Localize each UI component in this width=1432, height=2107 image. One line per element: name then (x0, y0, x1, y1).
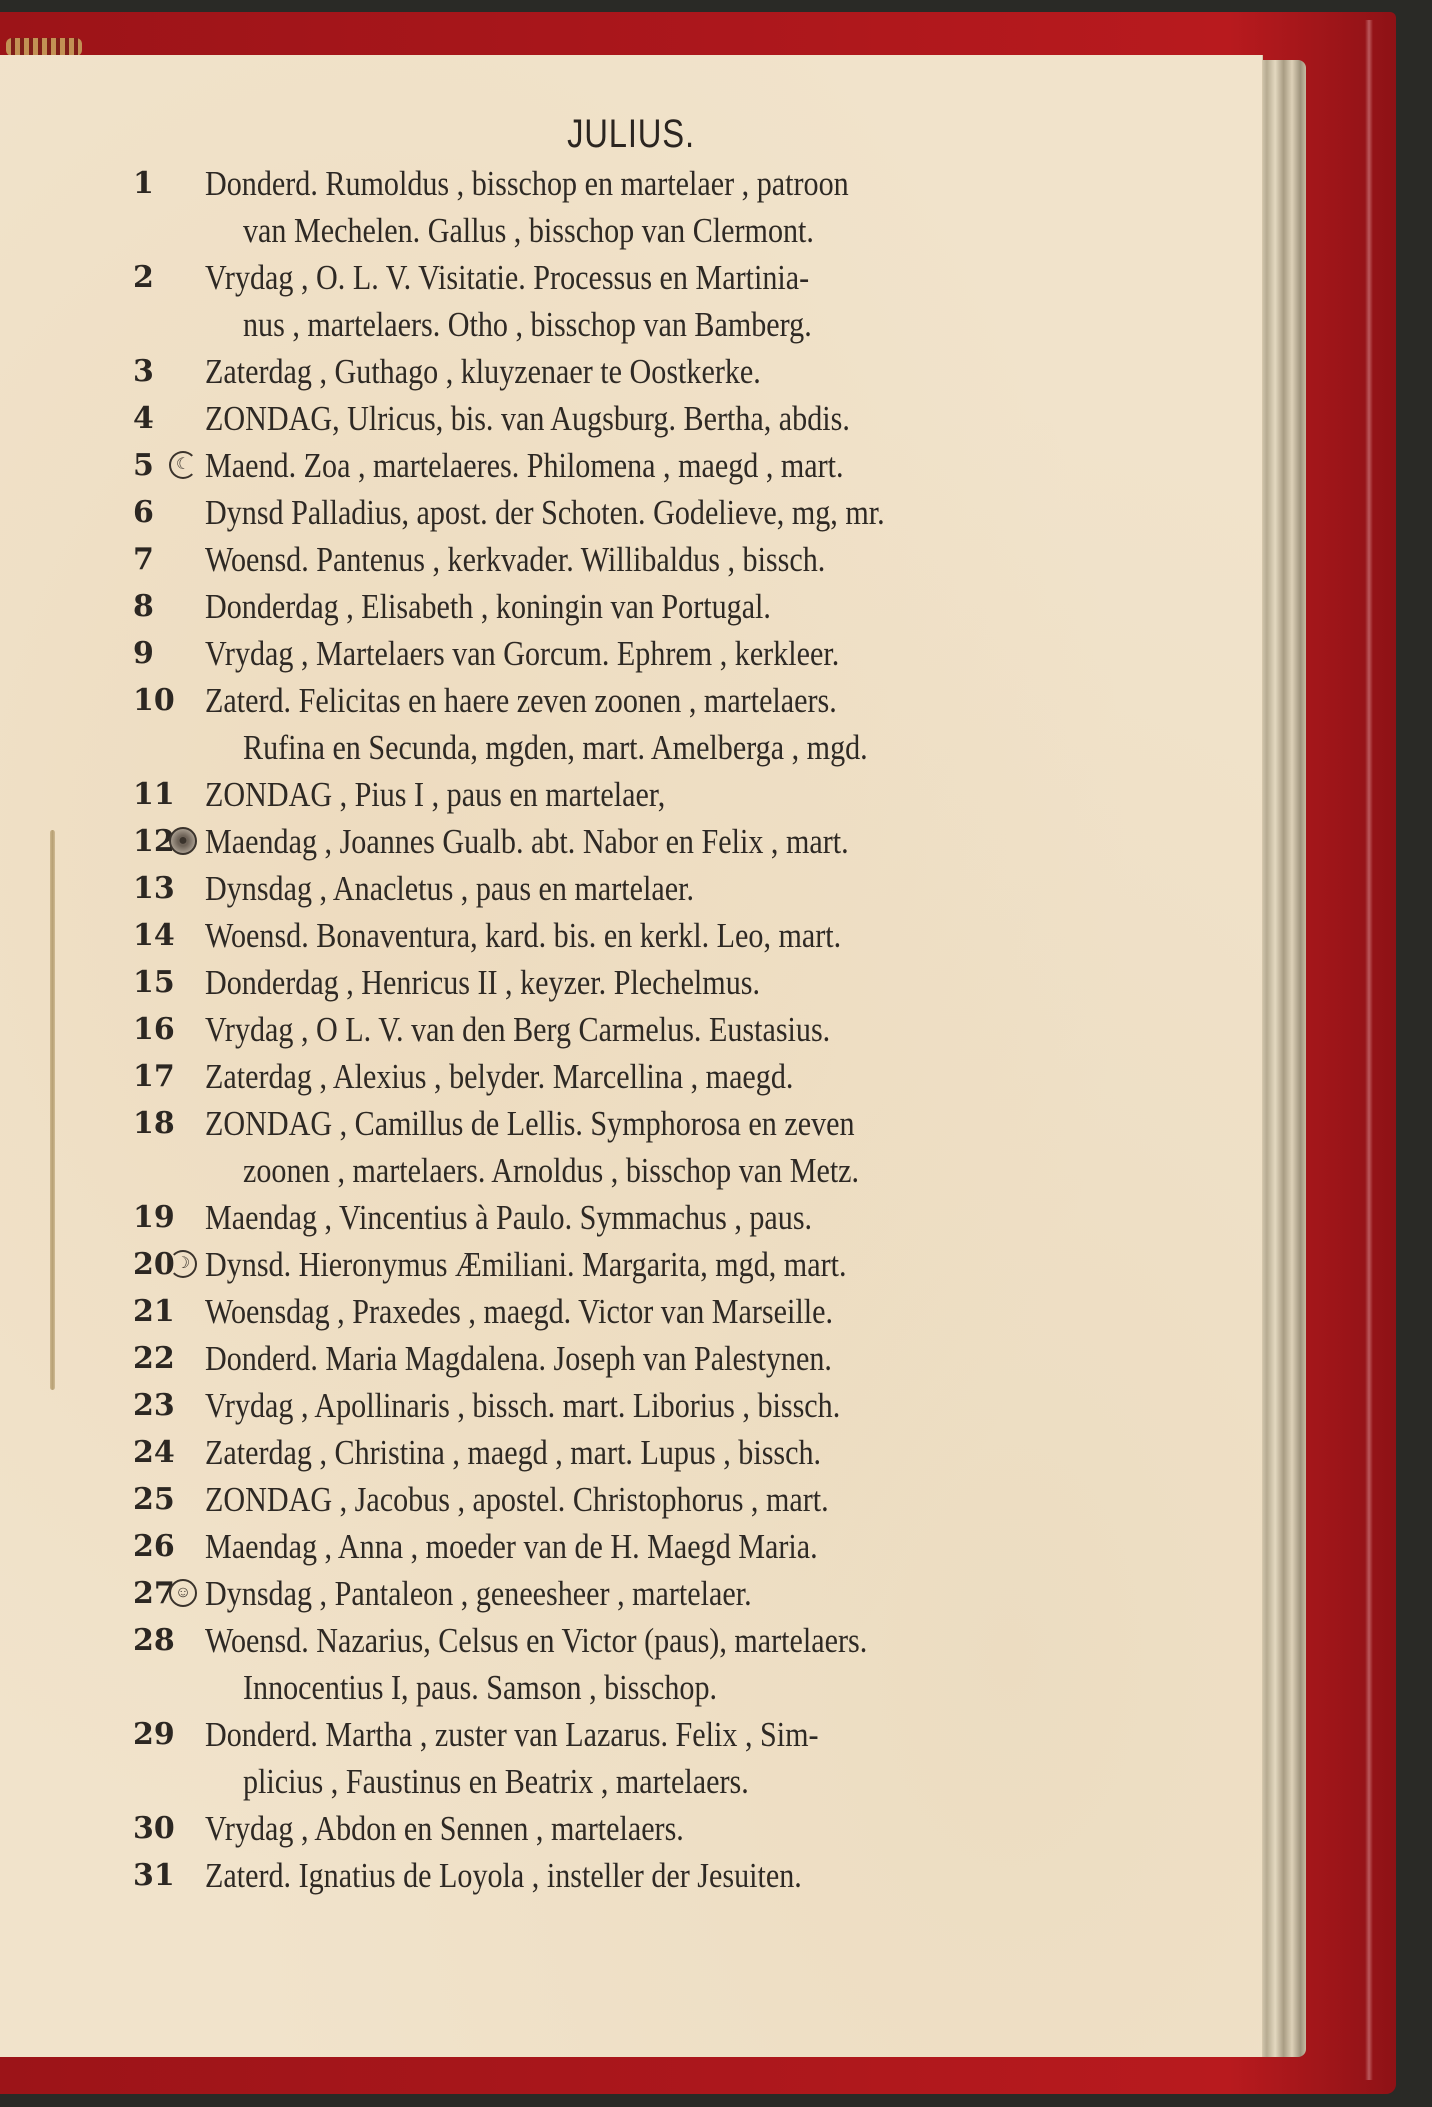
entry-line: 23Vrydag , Apollinaris , bissch. mart. L… (133, 1382, 1113, 1429)
calendar-entry: 5☾Maend. Zoa , martelaeres. Philomena , … (133, 442, 1113, 489)
entry-continuation-line: Rufina en Secunda, mgden, mart. Amelberg… (133, 724, 1113, 771)
entry-text: Zaterdag , Guthago , kluyzenaer te Oostk… (205, 348, 761, 395)
day-number: 25 (133, 1476, 175, 1523)
day-number: 1 (133, 160, 175, 207)
calendar-entry: 18ZONDAG , Camillus de Lellis. Symphoros… (133, 1100, 1113, 1194)
calendar-entry: 7Woensd. Pantenus , kerkvader. Willibald… (133, 536, 1113, 583)
last-quarter-icon: ☾ (169, 451, 197, 479)
day-number: 19 (133, 1194, 175, 1241)
entry-continuation-line: zoonen , martelaers. Arnoldus , bisschop… (133, 1147, 1113, 1194)
day-number: 21 (133, 1288, 175, 1335)
entry-line: 29Donderd. Martha , zuster van Lazarus. … (133, 1711, 1113, 1758)
calendar-entry: 10Zaterd. Felicitas en haere zeven zoone… (133, 677, 1113, 771)
calendar-entry: 13Dynsdag , Anacletus , paus en martelae… (133, 865, 1113, 912)
calendar-entry: 17Zaterdag , Alexius , belyder. Marcelli… (133, 1053, 1113, 1100)
entry-line: 20☽Dynsd. Hieronymus Æmiliani. Margarita… (133, 1241, 1113, 1288)
entry-text: van Mechelen. Gallus , bisschop van Cler… (243, 207, 814, 254)
day-number: 10 (133, 677, 175, 724)
entry-line: 10Zaterd. Felicitas en haere zeven zoone… (133, 677, 1113, 724)
calendar-entry: 11ZONDAG , Pius I , paus en martelaer, (133, 771, 1113, 818)
entry-text: Dynsdag , Anacletus , paus en martelaer. (205, 865, 694, 912)
calendar-entry: 23Vrydag , Apollinaris , bissch. mart. L… (133, 1382, 1113, 1429)
calendar-entry: 26Maendag , Anna , moeder van de H. Maeg… (133, 1523, 1113, 1570)
day-number: 15 (133, 959, 175, 1006)
day-number: 24 (133, 1429, 175, 1476)
entry-text: zoonen , martelaers. Arnoldus , bisschop… (243, 1147, 859, 1194)
entry-text: Rufina en Secunda, mgden, mart. Amelberg… (243, 724, 868, 771)
calendar-entry: 24Zaterdag , Christina , maegd , mart. L… (133, 1429, 1113, 1476)
entry-line: 31Zaterd. Ignatius de Loyola , insteller… (133, 1852, 1113, 1899)
calendar-entry: 15Donderdag , Henricus II , keyzer. Plec… (133, 959, 1113, 1006)
entry-text: Woensd. Bonaventura, kard. bis. en kerkl… (205, 912, 841, 959)
calendar-entry: 28Woensd. Nazarius, Celsus en Victor (pa… (133, 1617, 1113, 1711)
calendar-entry: 6Dynsd Palladius, apost. der Schoten. Go… (133, 489, 1113, 536)
entry-line: 2Vrydag , O. L. V. Visitatie. Processus … (133, 254, 1113, 301)
entry-text: Vrydag , Martelaers van Gorcum. Ephrem ,… (205, 630, 839, 677)
entry-text: plicius , Faustinus en Beatrix , martela… (243, 1758, 749, 1805)
entry-line: 17Zaterdag , Alexius , belyder. Marcelli… (133, 1053, 1113, 1100)
entry-text: ZONDAG , Pius I , paus en martelaer, (205, 771, 665, 818)
day-number: 14 (133, 912, 175, 959)
entry-continuation-line: nus , martelaers. Otho , bisschop van Ba… (133, 301, 1113, 348)
calendar-entry: 8Donderdag , Elisabeth , koningin van Po… (133, 583, 1113, 630)
day-number: 28 (133, 1617, 175, 1664)
entry-text: Donderd. Maria Magdalena. Joseph van Pal… (205, 1335, 832, 1382)
entry-text: Donderd. Rumoldus , bisschop en martelae… (205, 160, 849, 207)
entry-line: 3Zaterdag , Guthago , kluyzenaer te Oost… (133, 348, 1113, 395)
calendar-entries: 1Donderd. Rumoldus , bisschop en martela… (133, 160, 1113, 1899)
calendar-entry: 14Woensd. Bonaventura, kard. bis. en ker… (133, 912, 1113, 959)
entry-line: 7Woensd. Pantenus , kerkvader. Willibald… (133, 536, 1113, 583)
entry-line: 28Woensd. Nazarius, Celsus en Victor (pa… (133, 1617, 1113, 1664)
entry-line: 25ZONDAG , Jacobus , apostel. Christopho… (133, 1476, 1113, 1523)
calendar-entry: 9Vrydag , Martelaers van Gorcum. Ephrem … (133, 630, 1113, 677)
entry-text: Maendag , Anna , moeder van de H. Maegd … (205, 1523, 818, 1570)
calendar-entry: 1Donderd. Rumoldus , bisschop en martela… (133, 160, 1113, 254)
entry-line: 6Dynsd Palladius, apost. der Schoten. Go… (133, 489, 1113, 536)
day-number: 9 (133, 630, 175, 677)
gutter-crease (50, 830, 55, 1390)
entry-text: Vrydag , O. L. V. Visitatie. Processus e… (205, 254, 809, 301)
day-number: 16 (133, 1006, 175, 1053)
calendar-entry: 19Maendag , Vincentius à Paulo. Symmachu… (133, 1194, 1113, 1241)
entry-text: ZONDAG , Jacobus , apostel. Christophoru… (205, 1476, 829, 1523)
day-number: 22 (133, 1335, 175, 1382)
day-number: 17 (133, 1053, 175, 1100)
day-number: 13 (133, 865, 175, 912)
day-number: 2 (133, 254, 175, 301)
calendar-entry: 29Donderd. Martha , zuster van Lazarus. … (133, 1711, 1113, 1805)
entry-line: 4ZONDAG, Ulricus, bis. van Augsburg. Ber… (133, 395, 1113, 442)
entry-line: 13Dynsdag , Anacletus , paus en martelae… (133, 865, 1113, 912)
entry-line: 14Woensd. Bonaventura, kard. bis. en ker… (133, 912, 1113, 959)
entry-line: 22Donderd. Maria Magdalena. Joseph van P… (133, 1335, 1113, 1382)
day-number: 8 (133, 583, 175, 630)
day-number: 3 (133, 348, 175, 395)
day-number: 26 (133, 1523, 175, 1570)
entry-line: 8Donderdag , Elisabeth , koningin van Po… (133, 583, 1113, 630)
page-title: JULIUS. (114, 112, 1149, 157)
day-number: 4 (133, 395, 175, 442)
entry-line: 9Vrydag , Martelaers van Gorcum. Ephrem … (133, 630, 1113, 677)
calendar-entry: 16Vrydag , O L. V. van den Berg Carmelus… (133, 1006, 1113, 1053)
calendar-entry: 20☽Dynsd. Hieronymus Æmiliani. Margarita… (133, 1241, 1113, 1288)
entry-text: Woensdag , Praxedes , maegd. Victor van … (205, 1288, 833, 1335)
entry-text: Zaterd. Ignatius de Loyola , insteller d… (205, 1852, 802, 1899)
day-number: 18 (133, 1100, 175, 1147)
entry-continuation-line: van Mechelen. Gallus , bisschop van Cler… (133, 207, 1113, 254)
entry-line: 11ZONDAG , Pius I , paus en martelaer, (133, 771, 1113, 818)
entry-text: Donderdag , Henricus II , keyzer. Pleche… (205, 959, 760, 1006)
calendar-entry: 12●Maendag , Joannes Gualb. abt. Nabor e… (133, 818, 1113, 865)
entry-line: 19Maendag , Vincentius à Paulo. Symmachu… (133, 1194, 1113, 1241)
entry-text: nus , martelaers. Otho , bisschop van Ba… (243, 301, 812, 348)
entry-text: Donderd. Martha , zuster van Lazarus. Fe… (205, 1711, 819, 1758)
entry-line: 1Donderd. Rumoldus , bisschop en martela… (133, 160, 1113, 207)
entry-text: ZONDAG , Camillus de Lellis. Symphorosa … (205, 1100, 855, 1147)
entry-line: 16Vrydag , O L. V. van den Berg Carmelus… (133, 1006, 1113, 1053)
entry-text: Maendag , Vincentius à Paulo. Symmachus … (205, 1194, 812, 1241)
calendar-entry: 21Woensdag , Praxedes , maegd. Victor va… (133, 1288, 1113, 1335)
new-moon-icon: ● (169, 827, 197, 855)
entry-text: Vrydag , Abdon en Sennen , martelaers. (205, 1805, 684, 1852)
day-number: 30 (133, 1805, 175, 1852)
entry-line: 12●Maendag , Joannes Gualb. abt. Nabor e… (133, 818, 1113, 865)
entry-text: Zaterdag , Alexius , belyder. Marcellina… (205, 1053, 793, 1100)
entry-text: Donderdag , Elisabeth , koningin van Por… (205, 583, 771, 630)
day-number: 6 (133, 489, 175, 536)
entry-text: Zaterd. Felicitas en haere zeven zoonen … (205, 677, 837, 724)
entry-text: ZONDAG, Ulricus, bis. van Augsburg. Bert… (205, 395, 850, 442)
entry-line: 24Zaterdag , Christina , maegd , mart. L… (133, 1429, 1113, 1476)
entry-line: 5☾Maend. Zoa , martelaeres. Philomena , … (133, 442, 1113, 489)
entry-text: Innocentius I, paus. Samson , bisschop. (243, 1664, 717, 1711)
entry-text: Maend. Zoa , martelaeres. Philomena , ma… (205, 442, 844, 489)
entry-text: Vrydag , O L. V. van den Berg Carmelus. … (205, 1006, 830, 1053)
day-number: 7 (133, 536, 175, 583)
entry-text: Woensd. Nazarius, Celsus en Victor (paus… (205, 1617, 867, 1664)
entry-line: 21Woensdag , Praxedes , maegd. Victor va… (133, 1288, 1113, 1335)
day-number: 23 (133, 1382, 175, 1429)
entry-line: 18ZONDAG , Camillus de Lellis. Symphoros… (133, 1100, 1113, 1147)
entry-text: Dynsdag , Pantaleon , geneesheer , marte… (205, 1570, 752, 1617)
calendar-entry: 31Zaterd. Ignatius de Loyola , insteller… (133, 1852, 1113, 1899)
day-number: 31 (133, 1852, 175, 1899)
spine-ornament-icon (6, 38, 82, 56)
cover-highlight (1365, 20, 1373, 2080)
first-quarter-icon: ☽ (169, 1250, 197, 1278)
entry-text: Vrydag , Apollinaris , bissch. mart. Lib… (205, 1382, 840, 1429)
calendar-entry: 27☺Dynsdag , Pantaleon , geneesheer , ma… (133, 1570, 1113, 1617)
entry-text: Zaterdag , Christina , maegd , mart. Lup… (205, 1429, 821, 1476)
calendar-entry: 3Zaterdag , Guthago , kluyzenaer te Oost… (133, 348, 1113, 395)
entry-line: 15Donderdag , Henricus II , keyzer. Plec… (133, 959, 1113, 1006)
entry-line: 26Maendag , Anna , moeder van de H. Maeg… (133, 1523, 1113, 1570)
entry-line: 27☺Dynsdag , Pantaleon , geneesheer , ma… (133, 1570, 1113, 1617)
entry-continuation-line: Innocentius I, paus. Samson , bisschop. (133, 1664, 1113, 1711)
calendar-entry: 25ZONDAG , Jacobus , apostel. Christopho… (133, 1476, 1113, 1523)
calendar-entry: 2Vrydag , O. L. V. Visitatie. Processus … (133, 254, 1113, 348)
calendar-entry: 4ZONDAG, Ulricus, bis. van Augsburg. Ber… (133, 395, 1113, 442)
full-moon-icon: ☺ (169, 1579, 197, 1607)
calendar-entry: 30Vrydag , Abdon en Sennen , martelaers. (133, 1805, 1113, 1852)
calendar-entry: 22Donderd. Maria Magdalena. Joseph van P… (133, 1335, 1113, 1382)
day-number: 11 (133, 771, 175, 818)
entry-text: Dynsd. Hieronymus Æmiliani. Margarita, m… (205, 1241, 846, 1288)
entry-text: Dynsd Palladius, apost. der Schoten. God… (205, 489, 885, 536)
day-number: 29 (133, 1711, 175, 1758)
entry-text: Maendag , Joannes Gualb. abt. Nabor en F… (205, 818, 849, 865)
entry-line: 30Vrydag , Abdon en Sennen , martelaers. (133, 1805, 1113, 1852)
entry-text: Woensd. Pantenus , kerkvader. Willibaldu… (205, 536, 825, 583)
entry-continuation-line: plicius , Faustinus en Beatrix , martela… (133, 1758, 1113, 1805)
